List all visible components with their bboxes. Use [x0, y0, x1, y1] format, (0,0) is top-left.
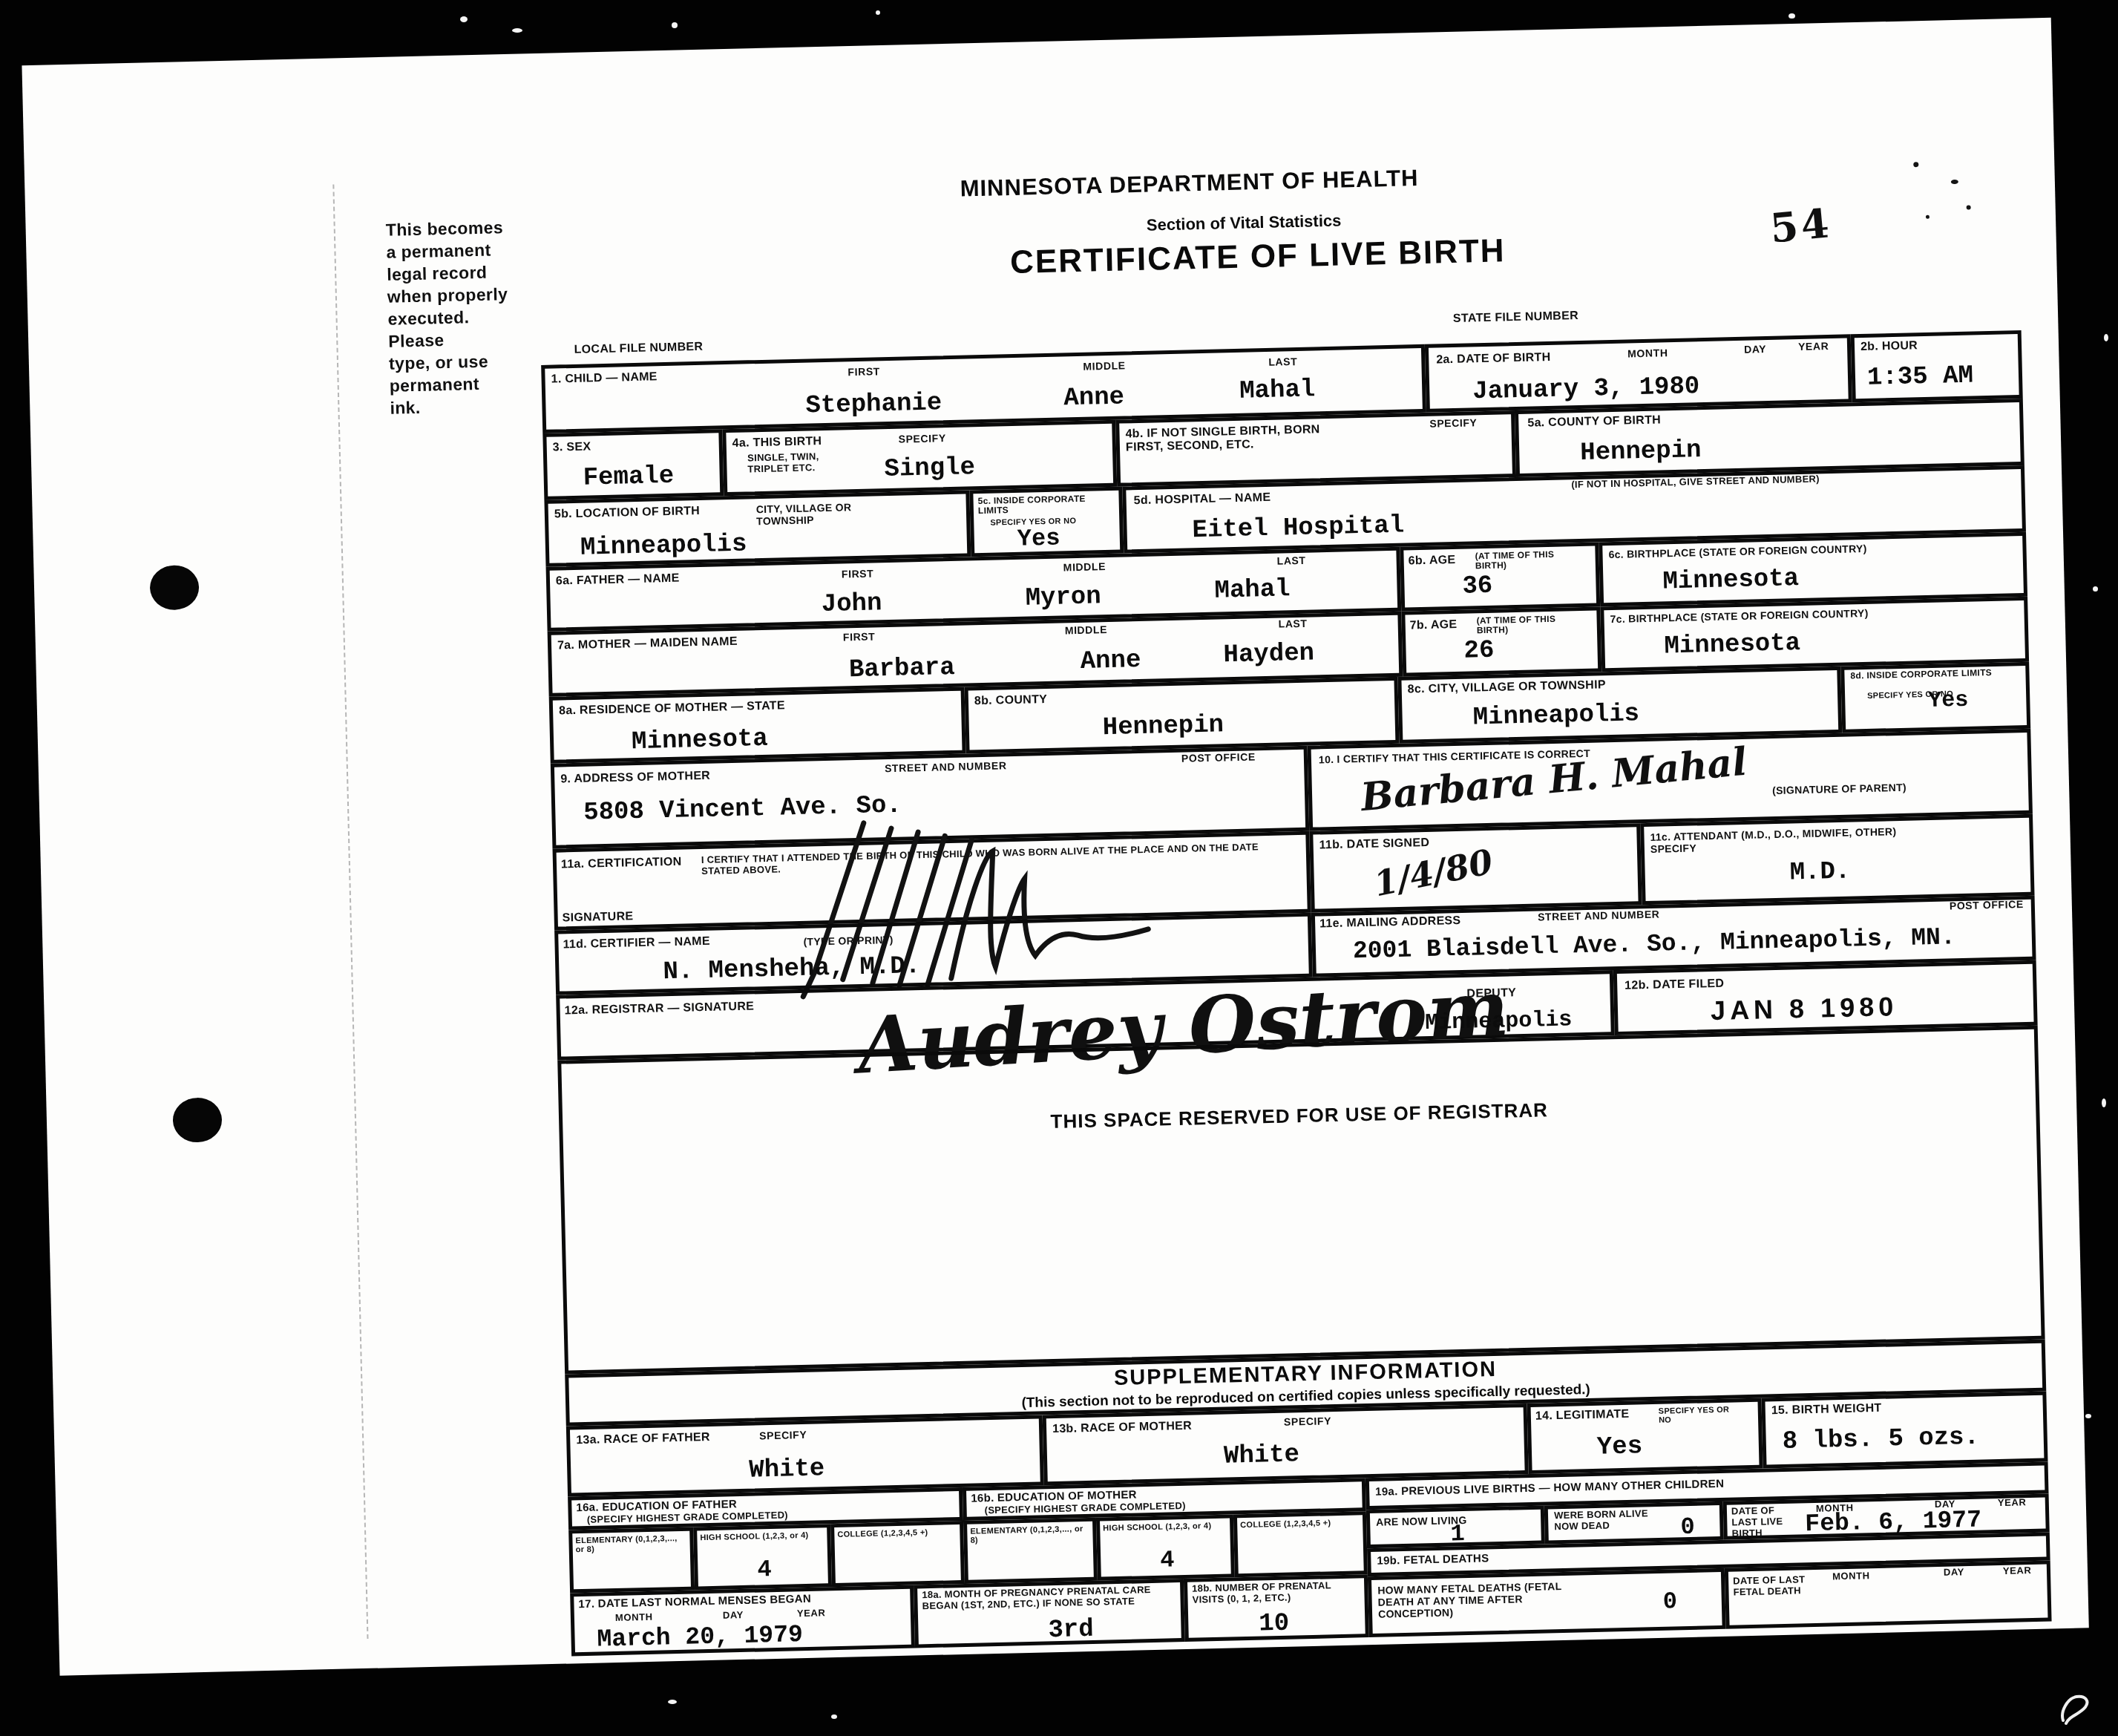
- residence-state-value: Minnesota: [632, 725, 768, 756]
- residence-city-label: 8c. CITY, VILLAGE OR TOWNSHIP: [1408, 678, 1606, 697]
- scan-smudge: [1951, 180, 1958, 184]
- mother-birthplace-value: Minnesota: [1664, 629, 1800, 661]
- mother-last-name: Hayden: [1223, 639, 1314, 669]
- specify-label: SPECIFY: [898, 432, 945, 445]
- mother-middle-name: Anne: [1080, 646, 1141, 676]
- mother-birthplace-label: 7c. BIRTHPLACE (STATE OR FOREIGN COUNTRY…: [1610, 607, 1868, 625]
- prenatal-care-began-label: 18a. MONTH OF PREGNANCY PRENATAL CARE BE…: [922, 1584, 1178, 1612]
- child-middle-name: Anne: [1063, 383, 1124, 413]
- field-education-mother-elementary: ELEMENTARY (0,1,2,3,..., or 8): [963, 1518, 1098, 1584]
- field-residence-county: 8b. COUNTY Hennepin: [965, 677, 1400, 754]
- field-this-birth: 4a. THIS BIRTH SINGLE, TWIN, TRIPLET ETC…: [722, 420, 1117, 496]
- month-column-label: MONTH: [1832, 1570, 1870, 1582]
- field-date-last-fetal-death: DATE OF LAST FETAL DEATH MONTH DAY YEAR: [1725, 1560, 2052, 1628]
- signature-label: SIGNATURE: [563, 910, 634, 926]
- elementary-column-label: ELEMENTARY (0,1,2,3,..., or 8): [970, 1524, 1086, 1545]
- day-column-label: DAY: [1744, 343, 1766, 356]
- father-first-name: John: [821, 589, 882, 619]
- scan-speck: [460, 16, 468, 22]
- field-attendant: 11c. ATTENDANT (M.D., D.O., MIDWIFE, OTH…: [1640, 814, 2034, 905]
- high-school-column-label: HIGH SCHOOL (1,2,3, or 4): [700, 1531, 819, 1543]
- born-alive-now-dead-label: WERE BORN ALIVE NOW DEAD: [1554, 1508, 1659, 1533]
- page-title: CERTIFICATE OF LIVE BIRTH: [1009, 232, 1506, 281]
- specify-label: SPECIFY: [1284, 1415, 1331, 1428]
- scan-speck: [2093, 586, 2098, 592]
- father-middle-name: Myron: [1025, 583, 1101, 612]
- date-filed-stamp: JAN 8 1980: [1711, 991, 1898, 1026]
- fetal-deaths-count-value: 0: [1662, 1588, 1677, 1615]
- scan-speck: [668, 1700, 677, 1704]
- child-last-name: Mahal: [1239, 376, 1316, 405]
- mother-age-value: 26: [1463, 637, 1495, 666]
- margin-note-line: a permanent: [386, 238, 542, 263]
- father-birthplace-label: 6c. BIRTHPLACE (STATE OR FOREIGN COUNTRY…: [1608, 543, 1866, 560]
- sex-value: Female: [583, 462, 674, 493]
- scan-speck: [672, 22, 678, 28]
- location-sublabel: CITY, VILLAGE OR TOWNSHIP: [756, 500, 891, 527]
- legitimate-sublabel: SPECIFY YES OR NO: [1659, 1405, 1734, 1425]
- first-column-label: FIRST: [843, 630, 876, 643]
- margin-note-line: when properly: [387, 282, 544, 308]
- field-residence-state: 8a. RESIDENCE OF MOTHER — STATE Minnesot…: [549, 687, 966, 764]
- field-prenatal-visits: 18b. NUMBER OF PRENATAL VISITS (0, 1, 2,…: [1184, 1574, 1369, 1642]
- field-county-of-birth: 5a. COUNTY OF BIRTH Hennepin: [1515, 399, 2024, 477]
- field-prenatal-care-began: 18a. MONTH OF PREGNANCY PRENATAL CARE BE…: [914, 1579, 1185, 1648]
- last-column-label: LAST: [1268, 356, 1297, 368]
- certificate-paper: This becomes a permanent legal record wh…: [22, 18, 2088, 1676]
- margin-note-line: type, or use: [389, 349, 545, 375]
- location-of-birth-value: Minneapolis: [580, 530, 747, 562]
- post-office-label: POST OFFICE: [1950, 898, 2024, 911]
- field-fetal-deaths-count: HOW MANY FETAL DEATHS (FETAL DEATH AT AN…: [1368, 1568, 1726, 1637]
- year-column-label: YEAR: [797, 1607, 826, 1619]
- field-date-of-birth: 2a. DATE OF BIRTH MONTH DAY YEAR January…: [1425, 334, 1852, 412]
- field-legitimate: 14. LEGITIMATE SPECIFY YES OR NO Yes: [1527, 1398, 1763, 1474]
- date-last-live-birth-value: Feb. 6, 1977: [1805, 1507, 1981, 1539]
- hospital-value: Eitel Hospital: [1192, 512, 1404, 546]
- inside-limits-value: Yes: [1017, 525, 1060, 553]
- this-birth-label: 4a. THIS BIRTH: [732, 435, 822, 451]
- attendant-value: M.D.: [1789, 858, 1850, 888]
- middle-column-label: MIDDLE: [1065, 623, 1108, 636]
- race-mother-label: 13b. RACE OF MOTHER: [1052, 1420, 1192, 1437]
- born-alive-now-dead-value: 0: [1680, 1513, 1695, 1541]
- legitimate-value: Yes: [1596, 1432, 1642, 1461]
- field-education-father-high-school: HIGH SCHOOL (1,2,3, or 4) 4: [693, 1524, 832, 1590]
- last-menses-label: 17. DATE LAST NORMAL MENSES BEGAN: [578, 1591, 912, 1611]
- mother-address-label: 9. ADDRESS OF MOTHER: [560, 770, 710, 787]
- certification-label: 11a. CERTIFICATION: [561, 856, 682, 872]
- county-of-birth-label: 5a. COUNTY OF BIRTH: [1527, 413, 1661, 430]
- field-last-menses: 17. DATE LAST NORMAL MENSES BEGAN MONTH …: [570, 1585, 915, 1657]
- race-mother-value: White: [1224, 1441, 1300, 1470]
- inside-limits-label: 5c. INSIDE CORPORATE LIMITS: [977, 494, 1115, 517]
- hour-value: 1:35 AM: [1867, 361, 1974, 392]
- field-father-birthplace: 6c. BIRTHPLACE (STATE OR FOREIGN COUNTRY…: [1599, 532, 2027, 607]
- date-last-live-birth-label: DATE OF LAST LIVE BIRTH: [1731, 1504, 1803, 1539]
- residence-county-value: Hennepin: [1102, 711, 1224, 742]
- child-first-name: Stephanie: [805, 389, 942, 420]
- this-birth-value: Single: [884, 453, 975, 484]
- header-section: Section of Vital Statistics: [1147, 211, 1342, 235]
- year-column-label: YEAR: [1798, 340, 1829, 353]
- day-column-label: DAY: [1944, 1566, 1964, 1578]
- college-column-label: COLLEGE (1,2,3,4,5 +): [837, 1527, 952, 1539]
- registrar-label: 12a. REGISTRAR — SIGNATURE: [564, 1000, 754, 1018]
- street-and-number-label: STREET AND NUMBER: [885, 759, 1007, 774]
- residence-county-label: 8b. COUNTY: [974, 693, 1048, 709]
- birth-weight-value: 8 lbs. 5 ozs.: [1782, 1424, 1979, 1456]
- year-column-label: YEAR: [1998, 1496, 2027, 1508]
- legitimate-label: 14. LEGITIMATE: [1535, 1408, 1630, 1424]
- scan-speck: [2104, 334, 2108, 341]
- certifier-name-label: 11d. CERTIFIER — NAME: [563, 935, 710, 952]
- date-signed-label: 11b. DATE SIGNED: [1319, 836, 1429, 853]
- county-of-birth-value: Hennepin: [1580, 436, 1702, 468]
- education-mother-high-school-value: 4: [1160, 1546, 1175, 1573]
- location-of-birth-label: 5b. LOCATION OF BIRTH: [554, 505, 701, 522]
- mailing-address-label: 11e. MAILING ADDRESS: [1319, 914, 1461, 931]
- scan-speck: [2085, 1414, 2091, 1418]
- education-father-high-school-value: 4: [757, 1556, 772, 1583]
- this-birth-sublabel: SINGLE, TWIN, TRIPLET ETC.: [747, 451, 859, 475]
- state-file-number-label: STATE FILE NUMBER: [1453, 309, 1578, 326]
- scan-speck: [1789, 13, 1795, 19]
- post-office-label: POST OFFICE: [1181, 750, 1256, 764]
- scan-speck: [2102, 1098, 2106, 1107]
- residence-state-label: 8a. RESIDENCE OF MOTHER — STATE: [559, 699, 785, 718]
- field-mother-age: 7b. AGE (AT TIME OF THIS BIRTH) 26: [1401, 606, 1601, 676]
- local-file-number-label: LOCAL FILE NUMBER: [574, 341, 703, 357]
- hospital-label: 5d. HOSPITAL — NAME: [1133, 491, 1271, 508]
- specify-label: SPECIFY: [759, 1429, 807, 1442]
- serial-number: 54: [1768, 199, 1834, 252]
- margin-note-line: executed.: [387, 304, 544, 330]
- registrar-space-title: THIS SPACE RESERVED FOR USE OF REGISTRAR: [563, 1087, 2036, 1145]
- middle-column-label: MIDDLE: [1063, 560, 1106, 573]
- margin-note-line: permanent: [389, 371, 545, 397]
- date-of-birth-value: January 3, 1980: [1472, 373, 1700, 406]
- date-last-fetal-death-label: DATE OF LAST FETAL DEATH: [1733, 1574, 1815, 1598]
- mother-age-label: 7b. AGE: [1410, 618, 1458, 633]
- deputy-label: DEPUTY: [1466, 986, 1516, 1001]
- street-and-number-label: STREET AND NUMBER: [1538, 908, 1660, 923]
- field-education-father-college: COLLEGE (1,2,3,4,5 +): [830, 1521, 965, 1587]
- field-education-father-elementary: ELEMENTARY (0,1,2,3,..., or 8): [568, 1527, 695, 1593]
- prenatal-visits-label: 18b. NUMBER OF PRENATAL VISITS (0, 1, 2,…: [1192, 1579, 1363, 1605]
- hour-label: 2b. HOUR: [1860, 339, 1918, 354]
- field-birth-weight: 15. BIRTH WEIGHT 8 lbs. 5 ozs.: [1761, 1392, 2047, 1469]
- residence-limits-label: 8d. INSIDE CORPORATE LIMITS: [1850, 668, 1999, 681]
- field-inside-limits-birth: 5c. INSIDE CORPORATE LIMITS SPECIFY YES …: [969, 487, 1124, 557]
- father-age-label: 6b. AGE: [1408, 554, 1455, 569]
- day-column-label: DAY: [723, 1609, 744, 1621]
- field-education-mother-high-school: HIGH SCHOOL (1,2,3, or 4) 4: [1096, 1514, 1235, 1580]
- residence-limits-value: Yes: [1928, 688, 1969, 714]
- scan-smudge: [1967, 205, 1971, 209]
- race-father-label: 13a. RACE OF FATHER: [576, 1431, 710, 1448]
- margin-note-line: legal record: [387, 260, 543, 286]
- last-column-label: LAST: [1278, 618, 1307, 630]
- punch-hole: [172, 1097, 222, 1143]
- father-age-value: 36: [1462, 572, 1493, 601]
- last-menses-value: March 20, 1979: [597, 1621, 803, 1654]
- month-column-label: MONTH: [615, 1611, 653, 1623]
- first-column-label: FIRST: [847, 365, 880, 378]
- field-location-of-birth: 5b. LOCATION OF BIRTH CITY, VILLAGE OR T…: [544, 490, 971, 566]
- father-name-label: 6a. FATHER — NAME: [556, 572, 680, 589]
- header-department: MINNESOTA DEPARTMENT OF HEALTH: [960, 165, 1419, 203]
- field-hour: 2b. HOUR 1:35 AM: [1851, 330, 2023, 402]
- margin-note: This becomes a permanent legal record wh…: [385, 215, 545, 419]
- residence-city-value: Minneapolis: [1472, 700, 1639, 732]
- previous-births-label: 19a. PREVIOUS LIVE BIRTHS — HOW MANY OTH…: [1375, 1478, 1724, 1498]
- last-column-label: LAST: [1276, 554, 1305, 567]
- college-column-label: COLLEGE (1,2,3,4,5 +): [1240, 1519, 1355, 1530]
- specify-label: SPECIFY: [1429, 416, 1477, 430]
- field-date-filed: 12b. DATE FILED JAN 8 1980: [1613, 960, 2038, 1035]
- field-race-mother: 13b. RACE OF MOTHER SPECIFY White: [1043, 1403, 1529, 1485]
- field-parent-certification: 10. I CERTIFY THAT THIS CERTIFICATE IS C…: [1308, 729, 2033, 831]
- prenatal-visits-value: 10: [1259, 1610, 1290, 1639]
- sex-label: 3. SEX: [553, 440, 591, 455]
- certifier-name-value: N. Mensheha, M.D.: [663, 952, 921, 986]
- attendant-label: 11c. ATTENDANT (M.D., D.O., MIDWIFE, OTH…: [1650, 825, 1918, 855]
- father-last-name: Mahal: [1214, 575, 1291, 605]
- margin-note-line: Please: [388, 327, 545, 353]
- fetal-deaths-label: 19b. FETAL DEATHS: [1377, 1552, 1489, 1568]
- scan-speck: [831, 1714, 837, 1719]
- elementary-column-label: ELEMENTARY (0,1,2,3,..., or 8): [575, 1534, 687, 1555]
- first-column-label: FIRST: [842, 567, 874, 580]
- scan-smudge: [1913, 162, 1918, 167]
- field-now-living: ARE NOW LIVING 1: [1366, 1506, 1545, 1549]
- mother-first-name: Barbara: [848, 654, 955, 684]
- father-age-sublabel: (AT TIME OF THIS BIRTH): [1475, 549, 1572, 571]
- scan-smudge: [1926, 215, 1930, 219]
- corner-scribble: [2057, 1691, 2096, 1730]
- fold-crease: [332, 184, 368, 1639]
- month-column-label: MONTH: [1627, 347, 1668, 359]
- race-father-value: White: [749, 1455, 825, 1484]
- field-born-alive-now-dead: WERE BORN ALIVE NOW DEAD 0: [1544, 1501, 1724, 1545]
- mother-age-sublabel: (AT TIME OF THIS BIRTH): [1476, 614, 1573, 635]
- margin-note-line: This becomes: [385, 215, 542, 241]
- prenatal-care-began-value: 3rd: [1048, 1616, 1094, 1645]
- date-filed-label: 12b. DATE FILED: [1624, 977, 1724, 994]
- deputy-city-value: Minneapolis: [1425, 1007, 1573, 1036]
- mailing-address-value: 2001 Blaisdell Ave. So., Minneapolis, MN…: [1353, 923, 1956, 965]
- scanned-birth-certificate: This becomes a permanent legal record wh…: [0, 0, 2118, 1736]
- type-or-print-label: (TYPE OR PRINT): [803, 934, 894, 948]
- field-father-age: 6b. AGE (AT TIME OF THIS BIRTH) 36: [1400, 542, 1600, 611]
- now-living-value: 1: [1450, 1520, 1465, 1547]
- field-date-signed: 11b. DATE SIGNED 1/4/80: [1309, 823, 1642, 912]
- field-sex: 3. SEX Female: [542, 429, 724, 500]
- date-of-birth-label: 2a. DATE OF BIRTH: [1436, 351, 1551, 367]
- field-education-mother-college: COLLEGE (1,2,3,4,5 +): [1233, 1511, 1368, 1577]
- field-residence-city: 8c. CITY, VILLAGE OR TOWNSHIP Minneapoli…: [1397, 666, 1842, 744]
- scan-speck: [876, 10, 880, 15]
- fetal-deaths-count-label: HOW MANY FETAL DEATHS (FETAL DEATH AT AN…: [1377, 1579, 1601, 1620]
- field-mother-birthplace: 7c. BIRTHPLACE (STATE OR FOREIGN COUNTRY…: [1600, 597, 2029, 672]
- if-not-single-label: 4b. IF NOT SINGLE BIRTH, BORN FIRST, SEC…: [1125, 423, 1334, 455]
- father-birthplace-value: Minnesota: [1662, 565, 1799, 596]
- signature-of-parent-label: (SIGNATURE OF PARENT): [1772, 782, 1906, 796]
- hospital-note: (IF NOT IN HOSPITAL, GIVE STREET AND NUM…: [1571, 474, 1820, 491]
- field-race-father: 13a. RACE OF FATHER SPECIFY White: [566, 1415, 1044, 1496]
- mother-name-label: 7a. MOTHER — MAIDEN NAME: [557, 635, 738, 653]
- birth-weight-label: 15. BIRTH WEIGHT: [1771, 1402, 1882, 1418]
- margin-note-line: ink.: [390, 393, 546, 419]
- registrar-reserved-space: THIS SPACE RESERVED FOR USE OF REGISTRAR: [557, 1026, 2045, 1375]
- child-name-label: 1. CHILD — NAME: [551, 370, 658, 387]
- high-school-column-label: HIGH SCHOOL (1,2,3, or 4): [1103, 1522, 1222, 1533]
- middle-column-label: MIDDLE: [1083, 359, 1126, 372]
- year-column-label: YEAR: [2003, 1565, 2032, 1576]
- punch-hole: [149, 565, 199, 611]
- scan-speck: [512, 28, 522, 33]
- field-if-not-single-birth: 4b. IF NOT SINGLE BIRTH, BORN FIRST, SEC…: [1115, 410, 1516, 487]
- field-residence-limits: 8d. INSIDE CORPORATE LIMITS SPECIFY YES …: [1840, 662, 2030, 733]
